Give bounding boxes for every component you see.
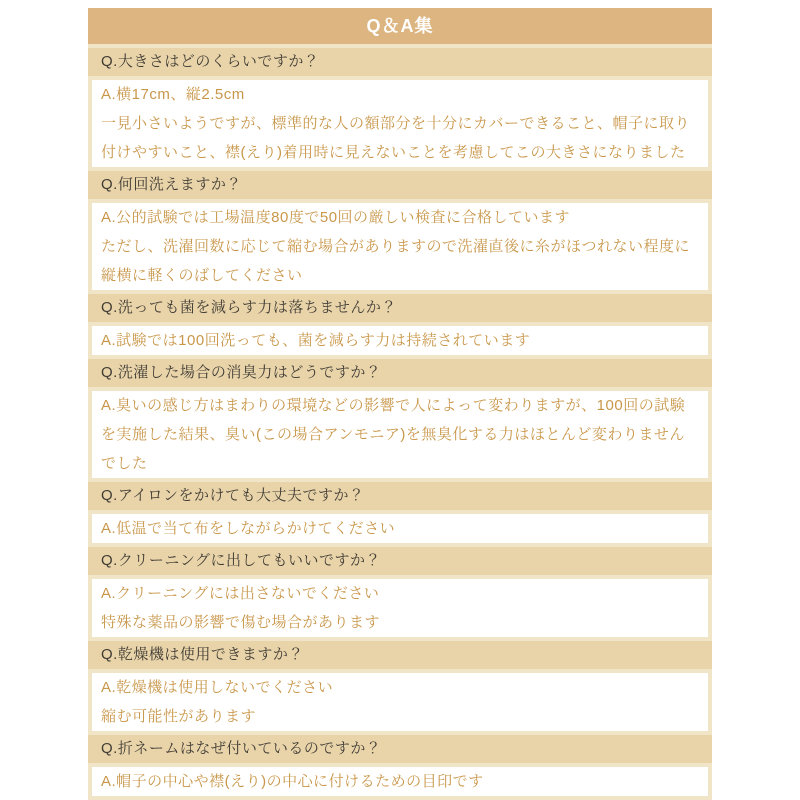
answer-line: A.横17cm、縦2.5cm bbox=[101, 80, 699, 109]
question-row: Q.何回洗えますか？ bbox=[88, 171, 712, 199]
question-row: Q.大きさはどのくらいですか？ bbox=[88, 48, 712, 76]
page: Q＆A集 Q.大きさはどのくらいですか？A.横17cm、縦2.5cm一見小さいよ… bbox=[0, 0, 800, 800]
answer-line: ただし、洗濯回数に応じて縮む場合がありますので洗濯直後に糸がほつれない程度に縦横… bbox=[101, 232, 699, 290]
answer-line: A.公的試験では工場温度80度で50回の厳しい検査に合格しています bbox=[101, 203, 699, 232]
answer-line: A.乾燥機は使用しないでください bbox=[101, 673, 699, 702]
page-title: Q＆A集 bbox=[367, 16, 434, 36]
answer-row: A.帽子の中心や襟(えり)の中心に付けるための目印です bbox=[92, 767, 708, 796]
question-row: Q.洗濯した場合の消臭力はどうですか？ bbox=[88, 359, 712, 387]
qa-header: Q＆A集 bbox=[88, 8, 712, 44]
answer-line: 特殊な薬品の影響で傷む場合があります bbox=[101, 608, 699, 637]
answer-line: A.試験では100回洗っても、菌を減らす力は持続されています bbox=[101, 326, 699, 355]
question-row: Q.洗っても菌を減らす力は落ちませんか？ bbox=[88, 294, 712, 322]
qa-container: Q＆A集 Q.大きさはどのくらいですか？A.横17cm、縦2.5cm一見小さいよ… bbox=[88, 8, 712, 800]
answer-row: A.試験では100回洗っても、菌を減らす力は持続されています bbox=[92, 326, 708, 355]
question-row: Q.アイロンをかけても大丈夫ですか？ bbox=[88, 482, 712, 510]
answer-row: A.低温で当て布をしながらかけてください bbox=[92, 514, 708, 543]
answer-row: A.臭いの感じ方はまわりの環境などの影響で人によって変わりますが、100回の試験… bbox=[92, 391, 708, 478]
answer-row: A.公的試験では工場温度80度で50回の厳しい検査に合格していますただし、洗濯回… bbox=[92, 203, 708, 290]
question-row: Q.乾燥機は使用できますか？ bbox=[88, 641, 712, 669]
answer-row: A.クリーニングには出さないでください特殊な薬品の影響で傷む場合があります bbox=[92, 579, 708, 637]
answer-row: A.乾燥機は使用しないでください縮む可能性があります bbox=[92, 673, 708, 731]
answer-line: A.臭いの感じ方はまわりの環境などの影響で人によって変わりますが、100回の試験… bbox=[101, 391, 699, 478]
answer-line: 一見小さいようですが、標準的な人の額部分を十分にカバーできること、帽子に取り付け… bbox=[101, 109, 699, 167]
question-row: Q.クリーニングに出してもいいですか？ bbox=[88, 547, 712, 575]
question-row: Q.折ネームはなぜ付いているのですか？ bbox=[88, 735, 712, 763]
answer-line: 縮む可能性があります bbox=[101, 702, 699, 731]
answer-line: A.低温で当て布をしながらかけてください bbox=[101, 514, 699, 543]
answer-row: A.横17cm、縦2.5cm一見小さいようですが、標準的な人の額部分を十分にカバ… bbox=[92, 80, 708, 167]
answer-line: A.帽子の中心や襟(えり)の中心に付けるための目印です bbox=[101, 767, 699, 796]
answer-line: A.クリーニングには出さないでください bbox=[101, 579, 699, 608]
